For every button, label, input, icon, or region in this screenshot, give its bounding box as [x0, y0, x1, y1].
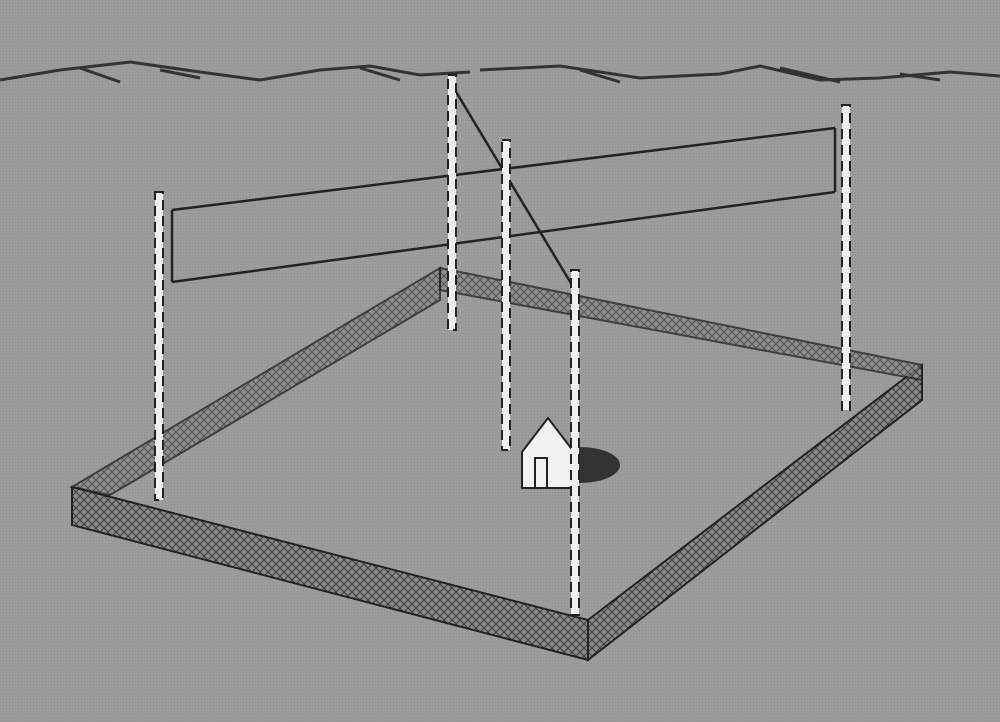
antenna-field-illustration — [0, 0, 1000, 722]
